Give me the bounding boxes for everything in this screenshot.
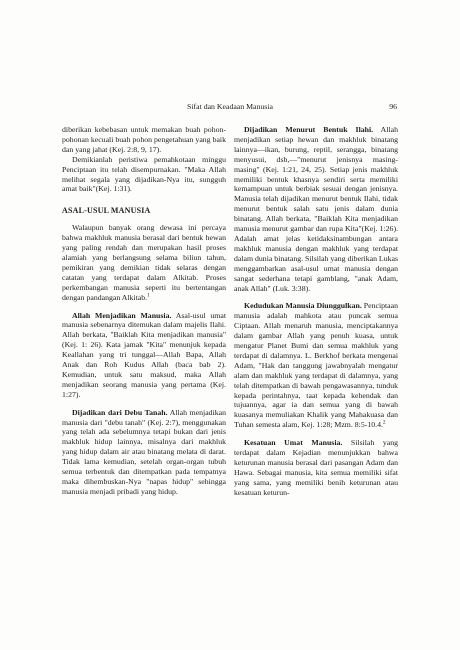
paragraph: Dijadikan dari Debu Tanah. Allah menjadi… — [62, 408, 226, 497]
paragraph-text: Allah menjadikan setiap hewan dan makhlu… — [234, 125, 398, 293]
paragraph-text: Penciptaan manusia adalah mahkota atau p… — [234, 301, 398, 429]
running-title: Sifat dan Keadaan Manusia — [187, 102, 273, 111]
section-heading: ASAL-USUL MANUSIA — [62, 206, 226, 216]
paragraph: Kesatuan Umat Manusia. Silsilah yang ter… — [234, 438, 398, 497]
text-columns: diberikan kebebasan untuk memakan buah p… — [62, 125, 398, 498]
paragraph-lead: Dijadikan Menurut Bentuk Ilahi. — [244, 125, 373, 134]
paragraph-lead: Kedudukan Manusia Diunggulkan. — [244, 301, 362, 310]
paragraph: Walaupun banyak orang dewasa ini percaya… — [62, 223, 226, 302]
right-column: Dijadikan Menurut Bentuk Ilahi. Allah me… — [234, 125, 398, 498]
paragraph-text: Asal-usul umat manusia sebenarnya ditemu… — [62, 311, 226, 399]
paragraph-lead: Kesatuan Umat Manusia. — [244, 438, 342, 447]
paragraph: Dijadikan Menurut Bentuk Ilahi. Allah me… — [234, 125, 398, 293]
paragraph-text: diberikan kebebasan untuk memakan buah p… — [62, 125, 226, 154]
paragraph-text: Demikianlah peristiwa pemahkotaan minggu… — [62, 155, 226, 194]
page-header: Sifat dan Keadaan Manusia 96 — [62, 102, 398, 114]
paragraph-text: Allah menjadikan manusia dari "debu tana… — [62, 408, 226, 496]
paragraph: Demikianlah peristiwa pemahkotaan minggu… — [62, 155, 226, 195]
paragraph: diberikan kebebasan untuk memakan buah p… — [62, 125, 226, 155]
book-page: Sifat dan Keadaan Manusia 96 diberikan k… — [0, 0, 460, 650]
paragraph: Allah Menjadikan Manusia. Asal-usul umat… — [62, 311, 226, 400]
left-column: diberikan kebebasan untuk memakan buah p… — [62, 125, 226, 498]
footnote-ref: 1 — [147, 292, 150, 298]
footnote-ref: 2 — [383, 420, 386, 426]
paragraph: Kedudukan Manusia Diunggulkan. Penciptaa… — [234, 301, 398, 430]
paragraph-text: Walaupun banyak orang dewasa ini percaya… — [62, 223, 226, 301]
paragraph-lead: Allah Menjadikan Manusia. — [72, 311, 171, 320]
page-number: 96 — [389, 102, 397, 112]
paragraph-lead: Dijadikan dari Debu Tanah. — [72, 408, 168, 417]
